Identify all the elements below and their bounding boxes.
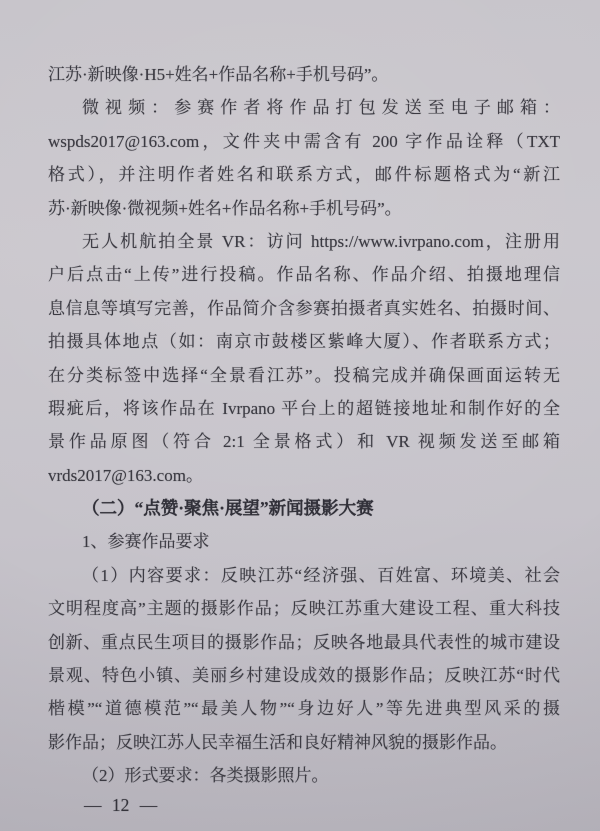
doc-line: 无人机航拍全景 VR：访问 https://www.ivrpano.com，注册… [48, 225, 560, 258]
doc-line: 文明程度高”主题的摄影作品；反映江苏重大建设工程、重大科技 [48, 592, 560, 625]
doc-line: vrds2017@163.com。 [48, 459, 560, 492]
doc-line: （1）内容要求：反映江苏“经济强、百姓富、环境美、社会 [48, 559, 560, 592]
doc-line: 在分类标签中选择“全景看江苏”。投稿完成并确保画面运转无 [48, 359, 560, 392]
page-number: — 12 — [84, 789, 157, 822]
doc-line: 江苏·新映像·H5+姓名+作品名称+手机号码”。 [48, 58, 560, 91]
document-body: 江苏·新映像·H5+姓名+作品名称+手机号码”。 微视频：参赛作者将作品打包发送… [48, 58, 560, 793]
doc-line: 拍摄具体地点（如：南京市鼓楼区紫峰大厦）、作者联系方式； [48, 325, 560, 358]
subsection-heading: 1、参赛作品要求 [48, 525, 560, 558]
doc-line: wspds2017@163.com，文件夹中需含有 200 字作品诠释（TXT [48, 125, 560, 158]
document-page: 江苏·新映像·H5+姓名+作品名称+手机号码”。 微视频：参赛作者将作品打包发送… [0, 0, 600, 831]
section-heading: （二）“点赞·聚焦·展望”新闻摄影大赛 [48, 492, 560, 525]
doc-line: 户后点击“上传”进行投稿。作品名称、作品介绍、拍摄地理信 [48, 258, 560, 291]
doc-line: 苏·新映像·微视频+姓名+作品名称+手机号码”。 [48, 192, 560, 225]
doc-line: 景观、特色小镇、美丽乡村建设成效的摄影作品；反映江苏“时代 [48, 659, 560, 692]
doc-line: 影作品；反映江苏人民幸福生活和良好精神风貌的摄影作品。 [48, 726, 560, 759]
doc-line: 息信息等填写完善，作品简介含参赛拍摄者真实姓名、拍摄时间、 [48, 292, 560, 325]
doc-line: 景作品原图（符合 2:1 全景格式）和 VR 视频发送至邮箱 [48, 425, 560, 458]
doc-line: 创新、重点民生项目的摄影作品；反映各地最具代表性的城市建设 [48, 626, 560, 659]
doc-line: 瑕疵后，将该作品在 Ivrpano 平台上的超链接地址和制作好的全 [48, 392, 560, 425]
doc-line: 楷模”“道德模范”“最美人物”“身边好人”等先进典型风采的摄 [48, 692, 560, 725]
doc-line: （2）形式要求：各类摄影照片。 [48, 759, 560, 792]
doc-line: 格式），并注明作者姓名和联系方式，邮件标题格式为“新江 [48, 158, 560, 191]
doc-line: 微视频：参赛作者将作品打包发送至电子邮箱： [48, 91, 560, 124]
